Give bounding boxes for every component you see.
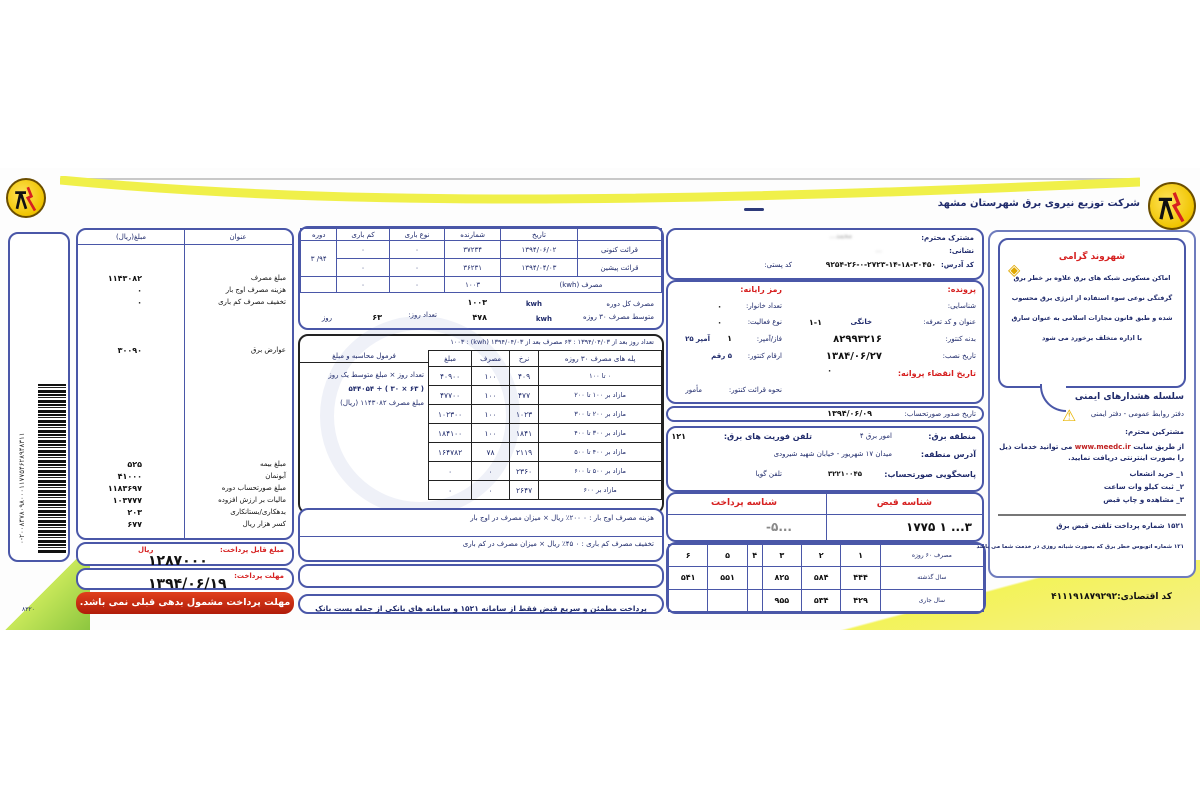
table-row: مازاد بر ۳۰۰ تا ۴۰۰۱۸۴۱۱۰۰۱۸۴۱۰۰ [429, 424, 662, 443]
charge-row: مالیات بر ارزش افزوده۱۰۳۷۷۷ [78, 496, 292, 507]
charge-label: آبونمان [265, 472, 286, 480]
consumption-history-table: مصرف ۶۰ روزه۱۲۳۴۵۶ سال گذشته۴۴۴۵۸۴۸۲۵۵۵۱… [668, 544, 984, 612]
readings-table: تاریخ شمارنده نوع باری کم باری دوره قرائ… [300, 228, 662, 293]
charge-amount: ۵۲۵ [127, 460, 142, 469]
deadline-date: ۱۳۹۴/۰۶/۱۹ [148, 576, 227, 592]
charge-amount: ۳۰۰۹۰ [118, 346, 142, 355]
formula-block: فرمول محاسبه و مبلغ تعداد روز × مبلغ متو… [300, 350, 428, 407]
barcode-number: ۰-۲۰۰۸۴۷۸۰۹۸۰۰۰۱۱۷۷۵۴۶۲۸۹۴۸۳۱۱ [18, 394, 26, 544]
services-list: ۱_ خرید انشعاب۲_ ثبت کیلو وات ساعت۳_ مشا… [1103, 468, 1184, 507]
charge-row: مبلغ مصرف۱۱۴۳۰۸۲ [78, 274, 292, 285]
diamond-icon: ◈ [1008, 260, 1020, 279]
scribble-mark [744, 208, 764, 211]
charge-row: هزینه مصرف اوج بار۰ [78, 286, 292, 297]
charges-header: مبلغ(ریال) عنوان [78, 230, 292, 245]
barcode-panel: ۰-۲۰۰۸۴۷۸۰۹۸۰۰۰۱۱۷۷۵۴۶۲۸۹۴۸۳۱۱ [8, 232, 70, 562]
bank-note-box: پرداخت مطمئن و سریع قبض فقط از سامانه ۱۵… [298, 594, 664, 614]
table-row: مازاد بر ۴۰۰ تا ۵۰۰۲۱۱۹۷۸۱۶۴۷۸۲ [429, 443, 662, 462]
charge-label: کسر هزار ریال [243, 520, 286, 528]
charge-amount: ۱۱۸۳۶۹۷ [108, 484, 142, 493]
customer-file-panel: پرونده: رمز رایانه: شناسایی: تعداد خانوا… [666, 280, 984, 404]
charge-amount: ۶۷۷ [127, 520, 142, 529]
electricity-bill: شرکت توزیع نیروی برق شهرستان مشهد ۰-۲۰۰۸… [0, 168, 1200, 630]
blank-box [298, 564, 664, 588]
title-column-header: عنوان [184, 230, 292, 244]
citizen-notice-bubble: ◈ شهروند گرامی اماکن مسکونی شبکه های برق… [998, 238, 1186, 388]
table-row: قرائت کنونی ۱۳۹۴/۰۶/۰۲ ۳۷۲۳۴ ۰ ۰ ۹۴/ ۳ [301, 241, 662, 259]
deadline-box: مهلت پرداخت: ۱۳۹۴/۰۶/۱۹ [76, 568, 294, 590]
charges-panel: مبلغ(ریال) عنوان مبلغ مصرف۱۱۴۳۰۸۲هزینه م… [76, 228, 294, 540]
charge-row: مبلغ صورتحساب دوره۱۱۸۳۶۹۷ [78, 484, 292, 495]
charge-label: بدهکاری/بستانکاری [230, 508, 286, 516]
table-row: مازاد بر ۵۰۰ تا ۶۰۰۲۳۶۰۰۰ [429, 462, 662, 481]
charge-label: مالیات بر ارزش افزوده [218, 496, 286, 504]
warning-icon: ⚠ [1062, 406, 1076, 425]
website-link[interactable]: www.meedc.ir [1075, 443, 1131, 451]
charge-row: مبلغ بیمه۵۲۵ [78, 460, 292, 471]
totals: مصرف کل دوره kwh ۱۰۰۳ متوسط مصرف ۳۰ روزه… [300, 298, 662, 328]
tier-summary: تعداد روز بعد از ۱۳۹۴/۰۴/۰۳ : ۶۳ مصرف بع… [450, 338, 654, 346]
tariff-steps-panel: تعداد روز بعد از ۱۳۹۴/۰۴/۰۳ : ۶۳ مصرف بع… [298, 334, 664, 514]
charge-label: مبلغ بیمه [260, 460, 286, 468]
charge-row: عوارض برق۳۰۰۹۰ [78, 346, 292, 357]
peak-low-adjustments: هزینه مصرف اوج بار : ۰ ۲۰۰٪ ریال × میزان… [298, 508, 664, 562]
charge-amount: ۰ [137, 298, 142, 307]
subscriber-panel: مشترک محترم: محمد... نشانی: ... کد آدرس:… [666, 228, 984, 280]
bill-id-label: شناسه قبض [877, 498, 932, 508]
table-row: قرائت پیشین ۱۳۹۴/۰۴/۰۳ ۳۶۲۳۱ ۰ ۰ [301, 259, 662, 277]
table-row: مصرف (kwh) ۱۰۰۳ ۰ ۰ [301, 277, 662, 293]
charge-label: تخفیف مصرف کم باری [218, 298, 286, 306]
service-item: ۲_ ثبت کیلو وات ساعت [1103, 481, 1184, 494]
company-name: شرکت توزیع نیروی برق شهرستان مشهد [938, 198, 1140, 209]
decorative-green-wedge [0, 550, 90, 630]
tariff-steps-table: پله های مصرف ۳۰ روزهنرخمصرفمبلغ۰ تا ۱۰۰۴… [428, 350, 662, 500]
payment-id-label: شناسه پرداخت [711, 498, 777, 508]
company-logo-icon [1148, 182, 1196, 230]
charge-label: هزینه مصرف اوج بار [226, 286, 286, 294]
charge-row: تخفیف مصرف کم باری۰ [78, 298, 292, 309]
charge-amount: ۱۱۴۳۰۸۲ [108, 274, 142, 283]
table-row: مازاد بر ۲۰۰ تا ۳۰۰۱۰۲۳۱۰۰۱۰۲۳۰۰ [429, 405, 662, 424]
service-item: ۳_ مشاهده و چاپ قبض [1103, 494, 1184, 507]
payment-id: ...۵- [766, 520, 792, 534]
barcode [38, 384, 66, 554]
payable-amount-box: مبلغ قابل پرداخت: ریال ۱۲۸۷۰۰۰ [76, 542, 294, 566]
charge-label: مبلغ مصرف [251, 274, 286, 282]
charge-row: بدهکاری/بستانکاری۲۰۳ [78, 508, 292, 519]
bill-ids-panel: شناسه قبض شناسه پرداخت ۳... ۱ ۱۷۷۵ ...۵- [666, 492, 984, 542]
company-logo-icon [6, 178, 46, 218]
charge-row: کسر هزار ریال۶۷۷ [78, 520, 292, 531]
charge-row: آبونمان۴۱۰۰۰ [78, 472, 292, 483]
issue-date-box: تاریخ صدور صورتحساب: ۱۳۹۴/۰۶/۰۹ [666, 406, 984, 422]
meter-readings-panel: تاریخ شمارنده نوع باری کم باری دوره قرائ… [298, 226, 664, 330]
charge-label: مبلغ صورتحساب دوره [222, 484, 286, 492]
deadline-warning-banner: مهلت پرداخت مشمول بدهی قبلی نمی باشد. [76, 592, 294, 614]
economic-code: کد اقتصادی:۴۱۱۱۹۱۸۷۹۲۹۲ [1051, 592, 1172, 602]
notice-panel: ◈ شهروند گرامی اماکن مسکونی شبکه های برق… [988, 230, 1196, 578]
charge-amount: ۲۰۳ [127, 508, 142, 517]
table-row: مازاد بر ۶۰۰۲۶۴۷۰۰ [429, 481, 662, 500]
bill-id: ۳... ۱ ۱۷۷۵ [906, 520, 972, 534]
charge-label: عوارض برق [251, 346, 286, 354]
amount-column-header: مبلغ(ریال) [78, 230, 184, 244]
table-row: ۰ تا ۱۰۰۴۰۹۱۰۰۴۰۹۰۰ [429, 367, 662, 386]
charge-amount: ۰ [137, 286, 142, 295]
deadline-label: مهلت پرداخت: [234, 572, 284, 580]
payable-label: مبلغ قابل پرداخت: [220, 546, 284, 554]
consumption-history-panel: مصرف ۶۰ روزه۱۲۳۴۵۶ سال گذشته۴۴۴۵۸۴۸۲۵۵۵۱… [666, 542, 986, 614]
service-item: ۱_ خرید انشعاب [1103, 468, 1184, 481]
charge-amount: ۴۱۰۰۰ [118, 472, 142, 481]
payable-amount: ۱۲۸۷۰۰۰ [148, 553, 208, 569]
footer-code: ۸۳۲۰ [22, 606, 35, 613]
table-row: مازاد بر ۱۰۰ تا ۲۰۰۴۷۷۱۰۰۴۷۷۰۰ [429, 386, 662, 405]
charge-amount: ۱۰۳۷۷۷ [113, 496, 142, 505]
region-panel: منطقه برق: امور برق ۴ تلفن فوریت های برق… [666, 426, 984, 492]
